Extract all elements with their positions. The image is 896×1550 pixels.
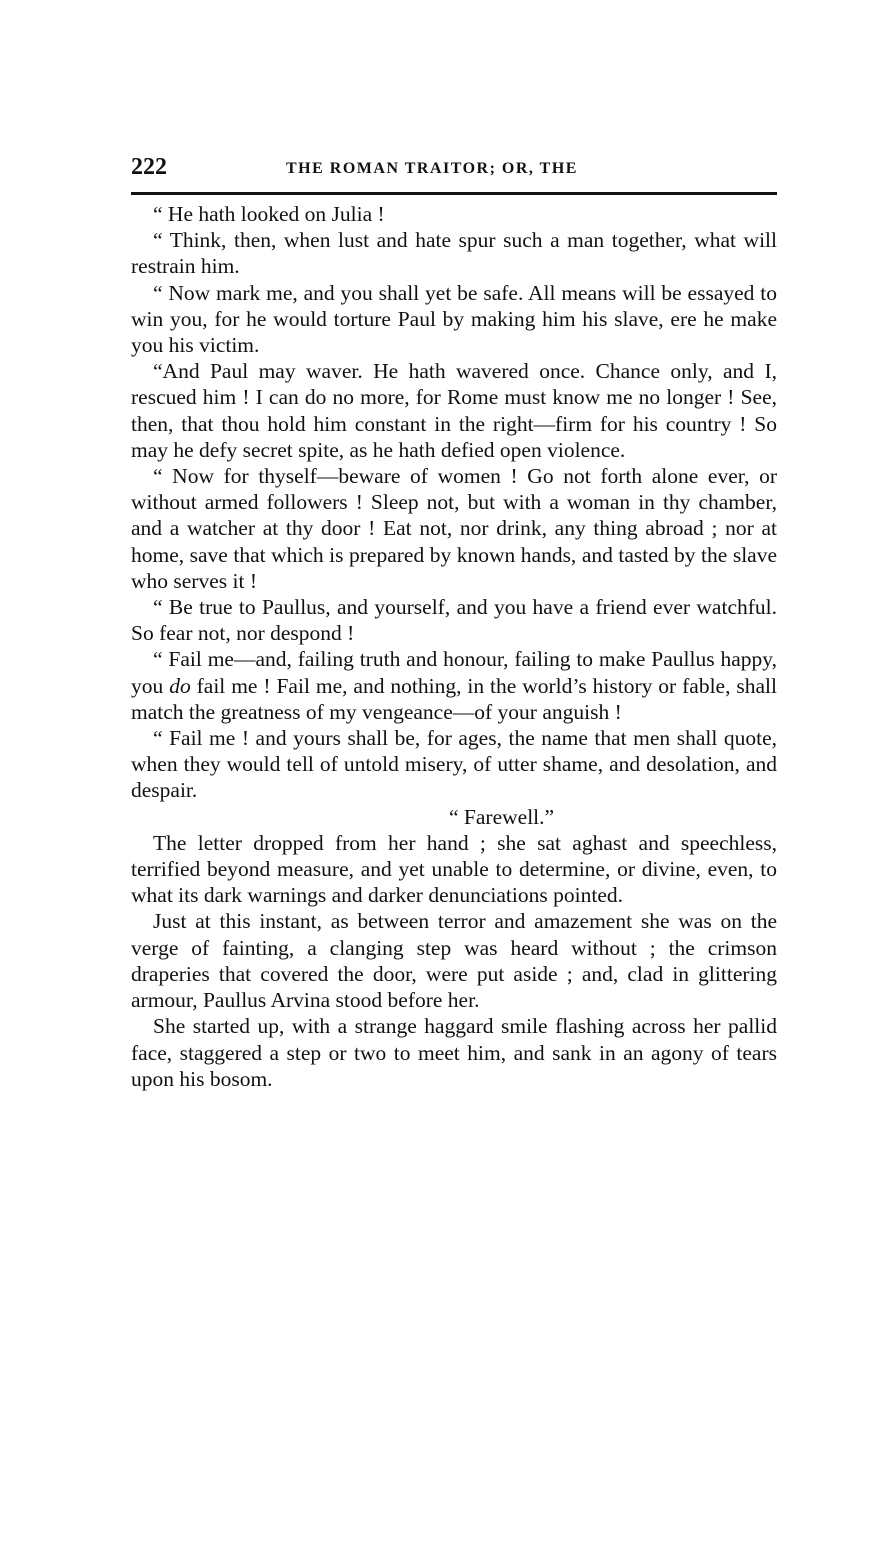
paragraph: “ Think, then, when lust and hate spur s… [131, 227, 777, 279]
paragraph: “And Paul may waver. He hath wavered onc… [131, 358, 777, 463]
paragraph: “ Fail me ! and yours shall be, for ages… [131, 725, 777, 804]
header-rule [131, 192, 777, 195]
running-head: 222 THE ROMAN TRAITOR; OR, THE [131, 152, 777, 186]
letter-signoff: “ Farewell.” [131, 804, 777, 830]
paragraph: “ Now mark me, and you shall yet be safe… [131, 280, 777, 359]
body-text: “ He hath looked on Julia ! “ Think, the… [131, 201, 777, 1092]
italic-emphasis: do [169, 674, 191, 698]
page-number: 222 [131, 154, 167, 181]
paragraph: “ Be true to Paullus, and yourself, and … [131, 594, 777, 646]
paragraph: The letter dropped from her hand ; she s… [131, 830, 777, 909]
paragraph: “ He hath looked on Julia ! [131, 201, 777, 227]
paragraph: Just at this instant, as between terror … [131, 908, 777, 1013]
text-run: fail me ! Fail me, and nothing, in the w… [131, 674, 777, 724]
book-page: 222 THE ROMAN TRAITOR; OR, THE “ He hath… [131, 152, 777, 186]
paragraph: She started up, with a strange haggard s… [131, 1013, 777, 1092]
running-title: THE ROMAN TRAITOR; OR, THE [286, 160, 578, 178]
paragraph: “ Now for thyself—beware of women ! Go n… [131, 463, 777, 594]
paragraph: “ Fail me—and, failing truth and honour,… [131, 646, 777, 725]
